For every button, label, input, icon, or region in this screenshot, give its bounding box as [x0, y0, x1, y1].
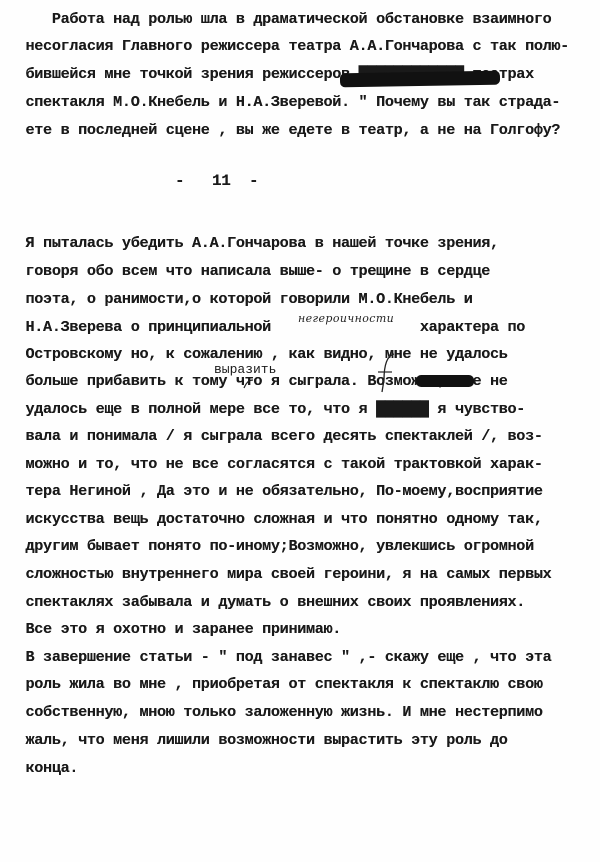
typewritten-page: Работа над ролью шла в драматической обс…	[0, 0, 600, 862]
editing-marks	[0, 0, 600, 862]
